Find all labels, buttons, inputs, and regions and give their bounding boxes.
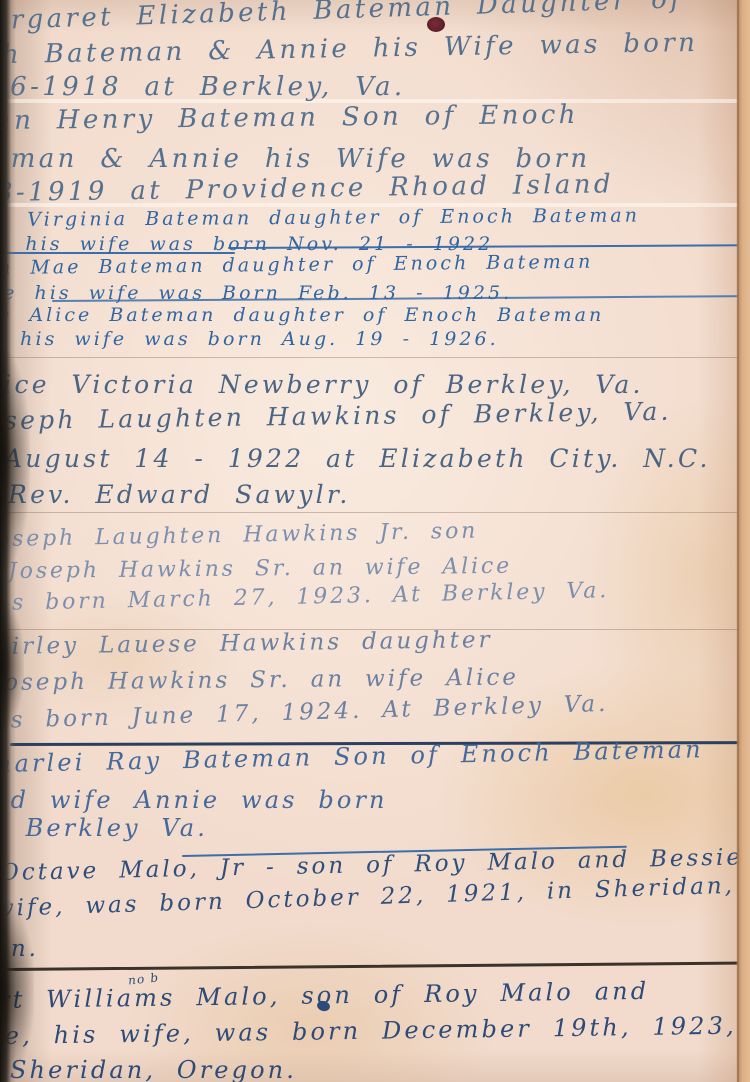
record-line: eman & Annie his Wife was born — [0, 144, 590, 174]
record-line: Joseph Hawkins Sr. an wife Alice — [0, 664, 519, 696]
record-line: -6-1918 at Berkley, Va. — [0, 72, 406, 102]
record-line: Sheridan, Oregon. — [10, 1056, 297, 1082]
record-line: Joseph Hawkins Sr. an wife Alice — [8, 554, 512, 584]
record-line: hn Henry Bateman Son of Enoch — [0, 100, 579, 136]
record-line: n Mae Bateman daughter of Enoch Bateman — [0, 251, 594, 279]
record-line: as born June 17, 1924. At Berkley Va. — [0, 691, 609, 734]
record-line: t Berkley Va. — [0, 814, 208, 842]
record-line: oseph Laughten Hawkins Jr. son — [0, 519, 478, 552]
record-line: e Virginia Bateman daughter of Enoch Bat… — [0, 205, 640, 231]
record-line: h Bateman & Annie his Wife was born — [2, 28, 699, 70]
record-line: rt Williams Malo, son of Roy Malo and — [0, 977, 649, 1014]
binding-shadow-blob — [0, 600, 24, 730]
record-line: as born March 27, 1923. At Berkley Va. — [0, 578, 609, 616]
record-line: hirley Lauese Hawkins daughter — [0, 627, 493, 660]
record-line: i his wife was born Aug. 19 - 1926. — [0, 328, 499, 350]
record-line: ie his wife was Born Feb. 13 - 1925. — [0, 282, 512, 304]
record-line: Rev. Edward Sawylr. — [8, 480, 351, 509]
paper-crease — [0, 512, 750, 513]
record-line: nd wife Annie was born — [0, 786, 388, 814]
record-line: ie, his wife, was born December 19th, 19… — [0, 1012, 737, 1050]
page-edge-line — [737, 0, 739, 1082]
ink-divider-line — [6, 962, 748, 971]
record-line: harlei Ray Bateman Son of Enoch Bateman — [0, 735, 704, 778]
binding-shadow-blob — [0, 350, 30, 570]
record-line: August 14 - 1922 at Elizabeth City. N.C. — [4, 444, 711, 473]
record-line: seph Laughten Hawkins of Berkley, Va. — [4, 397, 672, 435]
record-line: e Alice Bateman daughter of Enoch Batema… — [0, 304, 604, 326]
record-line: lice Victoria Newberry of Berkley, Va. — [0, 370, 644, 399]
register-page: argaret Elizabeth Bateman Daughter of h … — [0, 0, 750, 1082]
binding-shadow-blob — [0, 900, 34, 1080]
paper-crease — [0, 357, 750, 358]
